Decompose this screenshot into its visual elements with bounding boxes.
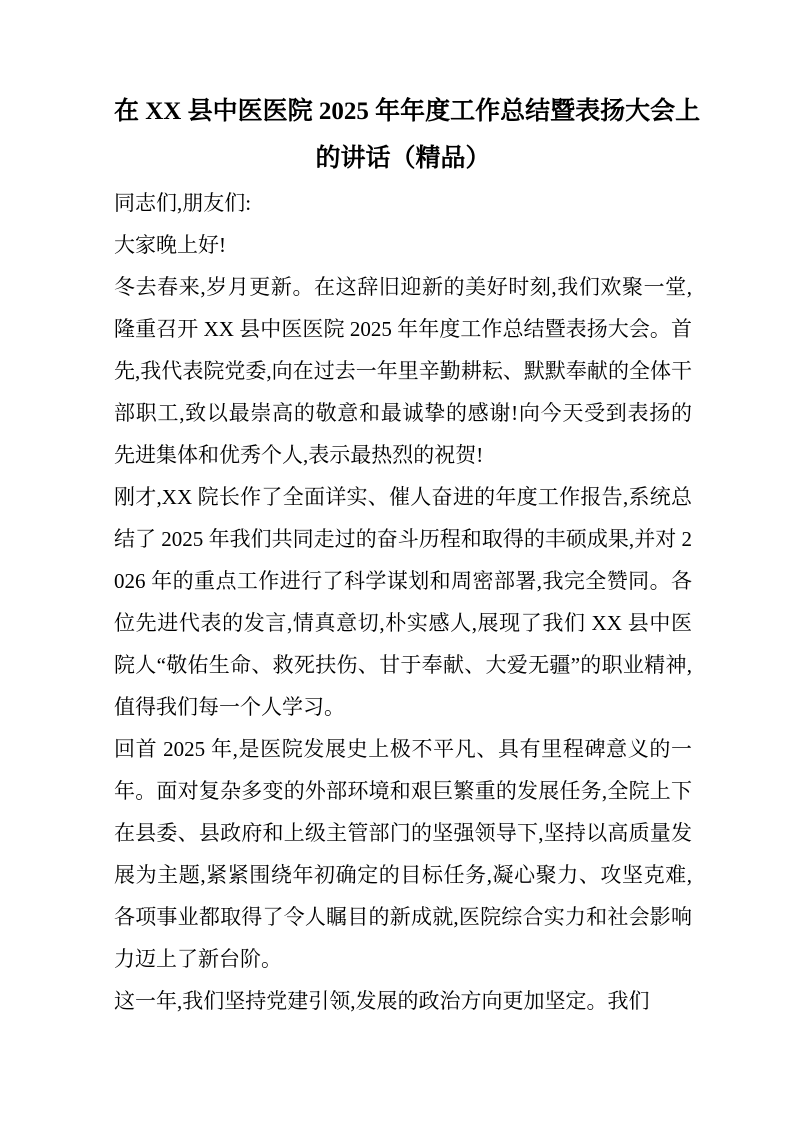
paragraph-salutation: 同志们,朋友们:	[114, 182, 692, 224]
document-title-line-1: 在 XX 县中医医院 2025 年年度工作总结暨表扬大会上	[114, 88, 692, 135]
document-title: 在 XX 县中医医院 2025 年年度工作总结暨表扬大会上 的讲话（精品）	[114, 88, 692, 182]
document-title-line-2: 的讲话（精品）	[114, 135, 692, 182]
paragraph-opening: 冬去春来,岁月更新。在这辞旧迎新的美好时刻,我们欢聚一堂,隆重召开 XX 县中医…	[114, 266, 692, 476]
paragraph-greeting: 大家晚上好!	[114, 224, 692, 266]
paragraph-party-building: 这一年,我们坚持党建引领,发展的政治方向更加坚定。我们	[114, 980, 692, 1022]
document-body: 同志们,朋友们: 大家晚上好! 冬去春来,岁月更新。在这辞旧迎新的美好时刻,我们…	[114, 182, 692, 1022]
paragraph-year-review: 回首 2025 年,是医院发展史上极不平凡、具有里程碑意义的一年。面对复杂多变的…	[114, 728, 692, 980]
paragraph-report-comment: 刚才,XX 院长作了全面详实、催人奋进的年度工作报告,系统总结了 2025 年我…	[114, 476, 692, 728]
document-page: 在 XX 县中医医院 2025 年年度工作总结暨表扬大会上 的讲话（精品） 同志…	[0, 0, 793, 1122]
